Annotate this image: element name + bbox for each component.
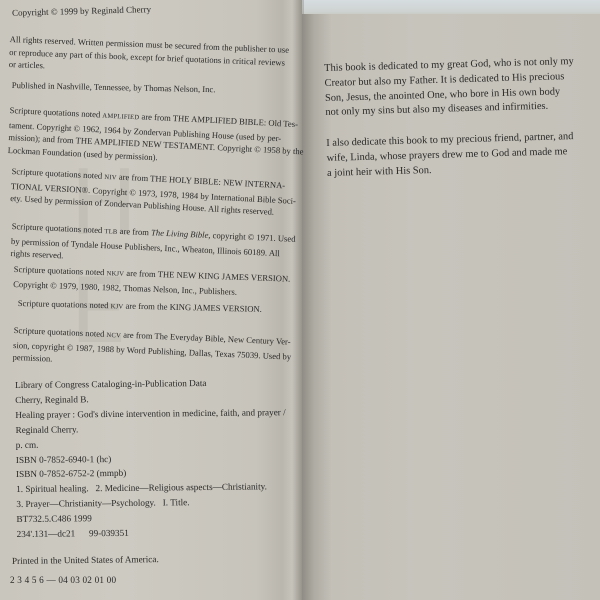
cip-title: Healing prayer : God's divine interventi… xyxy=(15,405,285,423)
book-title: The Living Bible xyxy=(151,227,209,240)
text-run: Scripture quotations noted xyxy=(9,105,102,120)
text-run: Scripture quotations noted xyxy=(11,166,104,181)
version-abbreviation: ncv xyxy=(106,332,121,340)
text-run: permission. xyxy=(12,352,52,364)
cip-data-block: Library of Congress Cataloging-in-Public… xyxy=(15,375,287,542)
version-abbreviation: kjv xyxy=(111,303,124,310)
printed-in-line: Printed in the United States of America. xyxy=(12,554,159,566)
version-abbreviation: nkjv xyxy=(106,270,124,278)
print-sequence: 2 3 4 5 6 — 04 03 02 01 00 xyxy=(10,575,116,585)
text-run: rights reserved. xyxy=(10,248,63,260)
cip-subjects-1: 1. Spiritual healing. 2. Medicine—Religi… xyxy=(16,480,286,498)
text-run: Scripture quotations noted xyxy=(12,221,105,235)
version-abbreviation: tlb xyxy=(104,228,117,236)
text-run: Scripture quotations noted xyxy=(18,298,111,310)
text-run: are from xyxy=(117,226,151,238)
text-run: Scripture quotations noted xyxy=(14,325,107,339)
text-run: , copyright © 1971. Used xyxy=(208,230,296,244)
version-abbreviation: niv xyxy=(104,174,117,182)
text-run: Scripture quotations noted xyxy=(14,264,107,277)
dedication-paragraph-1: This book is dedicated to my great God, … xyxy=(324,55,575,121)
text-run: are from the KING JAMES VERSION. xyxy=(123,301,262,314)
version-abbreviation: amplified xyxy=(102,113,139,122)
dedication-paragraph-2: I also dedicate this book to my precious… xyxy=(326,130,577,181)
cip-dewey: 234'.131—dc21 99-039351 xyxy=(17,524,287,542)
dedication-block: This book is dedicated to my great God, … xyxy=(324,55,577,197)
